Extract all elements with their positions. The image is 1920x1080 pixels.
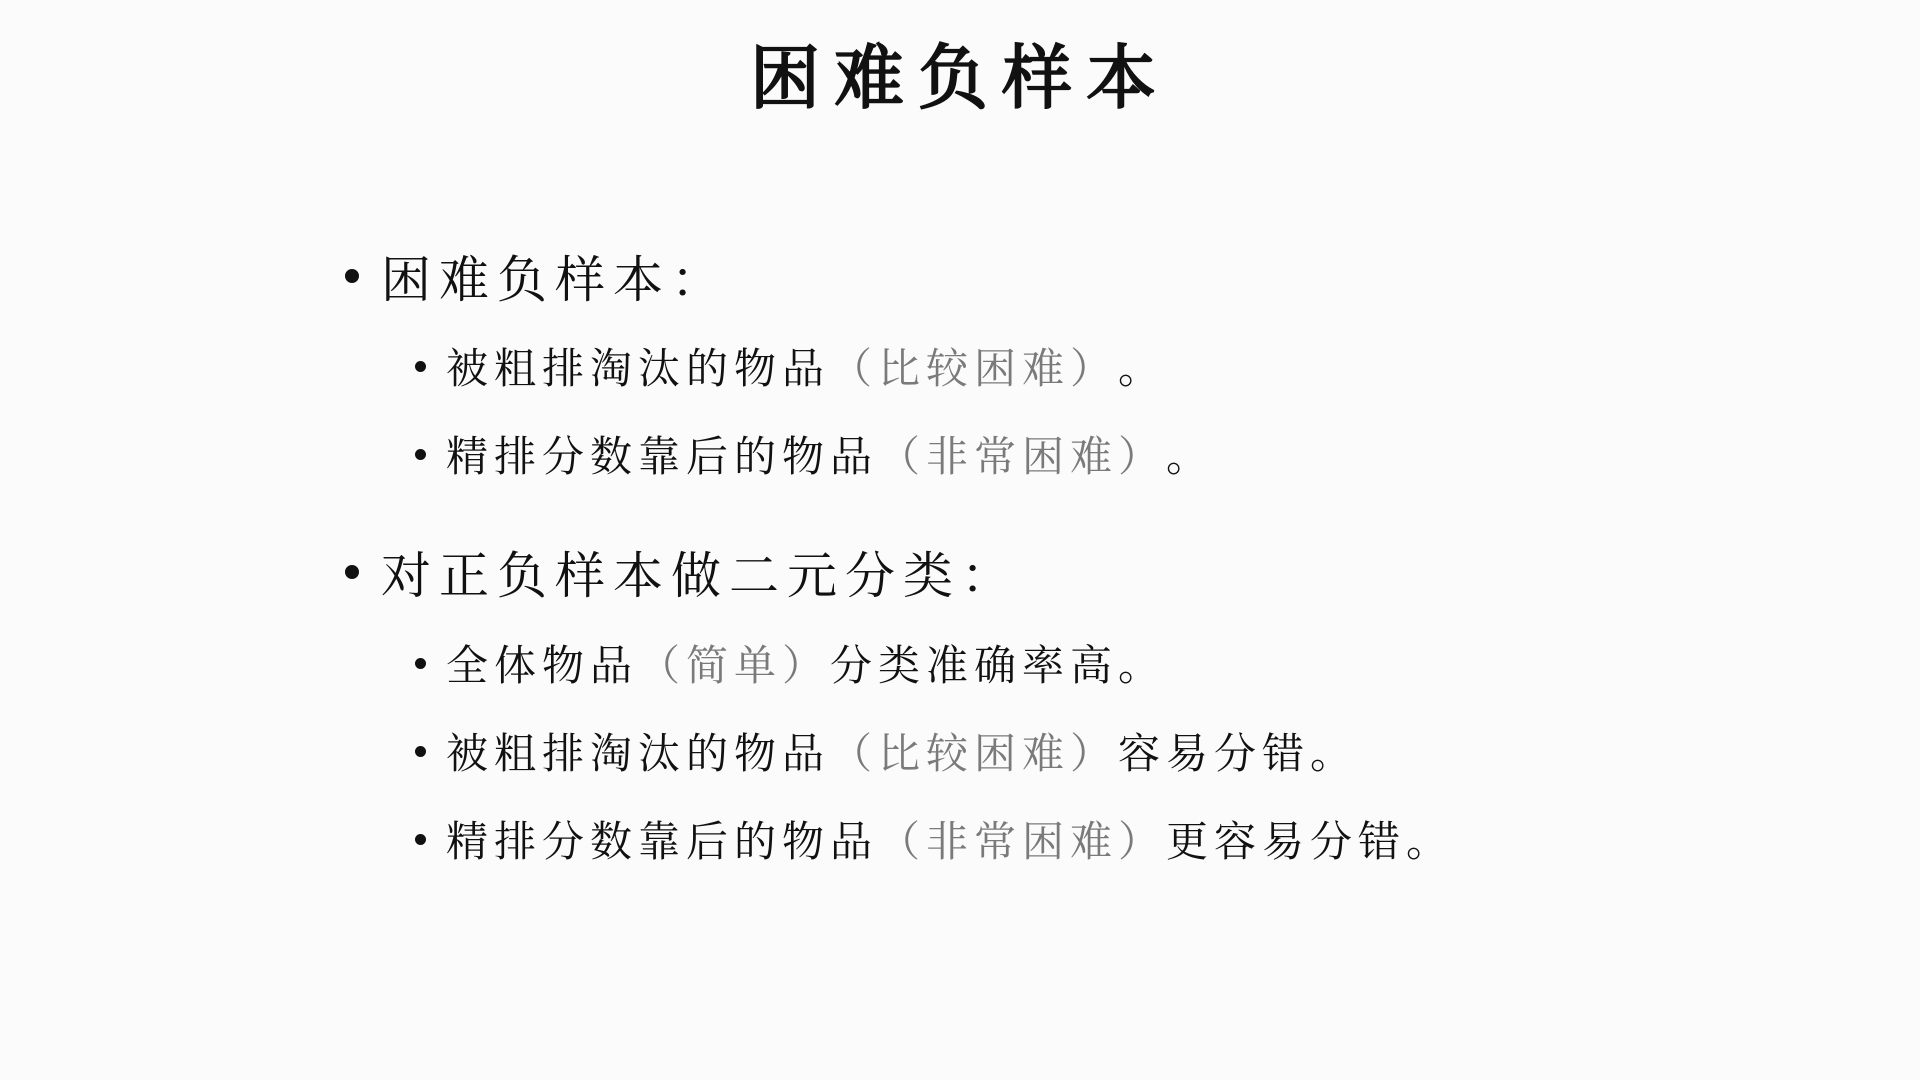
item-tail: 容易分错。 — [1118, 721, 1358, 781]
item-note: （比较困难） — [830, 336, 1118, 396]
item-note: （非常困难） — [878, 424, 1166, 484]
list-item: 全体物品 （简单） 分类准确率高。 — [415, 633, 1166, 693]
item-note: （比较困难） — [830, 721, 1118, 781]
bullet-icon — [345, 565, 359, 579]
bullet-icon — [415, 658, 426, 669]
item-text: 被粗排淘汰的物品 — [446, 721, 830, 781]
list-item: 被粗排淘汰的物品 （比较困难） 容易分错。 — [415, 721, 1358, 781]
item-text: 全体物品 — [446, 633, 638, 693]
heading-text: 对正负样本做二元分类： — [381, 536, 1019, 608]
item-note: （非常困难） — [878, 809, 1166, 869]
bullet-icon — [415, 449, 426, 460]
item-tail: 。 — [1118, 336, 1166, 396]
list-item: 精排分数靠后的物品 （非常困难） 更容易分错。 — [415, 809, 1454, 869]
heading-text: 困难负样本： — [381, 240, 729, 312]
bullet-icon — [345, 269, 359, 283]
item-tail: 更容易分错。 — [1166, 809, 1454, 869]
bullet-icon — [415, 746, 426, 757]
item-text: 精排分数靠后的物品 — [446, 809, 878, 869]
bullet-icon — [415, 361, 426, 372]
slide-title: 困难负样本 — [0, 22, 1920, 123]
item-text: 被粗排淘汰的物品 — [446, 336, 830, 396]
section-heading-hard-negatives: 困难负样本： — [345, 240, 729, 312]
item-tail: 。 — [1166, 424, 1214, 484]
bullet-icon — [415, 834, 426, 845]
item-text: 精排分数靠后的物品 — [446, 424, 878, 484]
list-item: 被粗排淘汰的物品 （比较困难） 。 — [415, 336, 1166, 396]
section-heading-binary-classification: 对正负样本做二元分类： — [345, 536, 1019, 608]
item-tail: 分类准确率高。 — [830, 633, 1166, 693]
list-item: 精排分数靠后的物品 （非常困难） 。 — [415, 424, 1214, 484]
item-note: （简单） — [638, 633, 830, 693]
